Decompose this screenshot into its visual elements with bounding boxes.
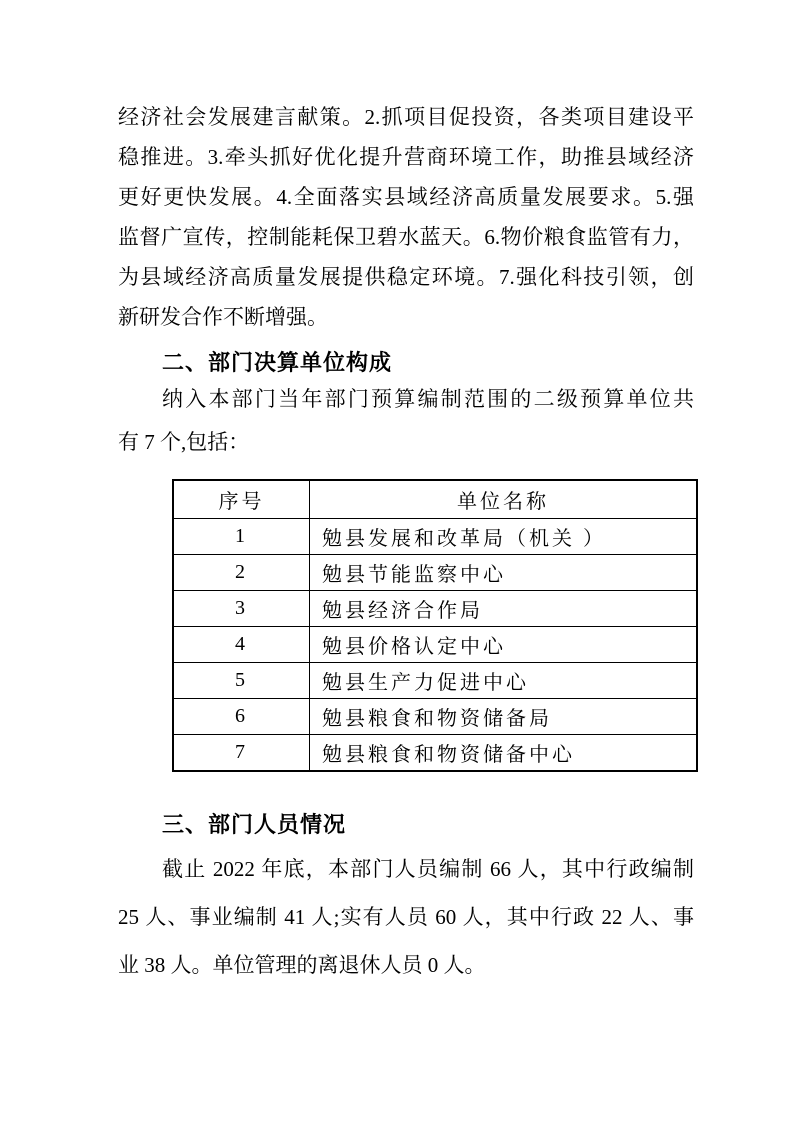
text-line: 稳推进。3.牵头抓好优化提升营商环境工作，助推县域经济 [118, 137, 694, 177]
table-row: 3勉县经济合作局 [173, 591, 697, 627]
unit-name-cell: 勉县生产力促进中心 [310, 663, 698, 699]
table-row: 1勉县发展和改革局（机关 ） [173, 519, 697, 555]
text-line: 纳入本部门当年部门预算编制范围的二级预算单位共 [118, 378, 694, 421]
unit-name-cell: 勉县粮食和物资储备局 [310, 699, 698, 735]
text-line: 有 7 个,包括： [118, 421, 694, 464]
row-number-cell: 4 [173, 627, 310, 663]
row-number-cell: 6 [173, 699, 310, 735]
row-number-cell: 2 [173, 555, 310, 591]
text-line: 经济社会发展建言献策。2.抓项目促投资，各类项目建设平 [118, 97, 694, 137]
text-line: 更好更快发展。4.全面落实县域经济高质量发展要求。5.强 [118, 177, 694, 217]
text-line: 截止 2022 年底，本部门人员编制 66 人，其中行政编制 [118, 845, 694, 893]
row-number-cell: 7 [173, 735, 310, 772]
document-page: 经济社会发展建言献策。2.抓项目促投资，各类项目建设平稳推进。3.牵头抓好优化提… [0, 0, 793, 1122]
table-row: 6勉县粮食和物资储备局 [173, 699, 697, 735]
row-number-cell: 5 [173, 663, 310, 699]
page-content: 经济社会发展建言献策。2.抓项目促投资，各类项目建设平稳推进。3.牵头抓好优化提… [0, 0, 793, 989]
paragraph-overflow-text: 经济社会发展建言献策。2.抓项目促投资，各类项目建设平稳推进。3.牵头抓好优化提… [118, 97, 694, 337]
text-line: 业 38 人。单位管理的离退休人员 0 人。 [118, 941, 694, 989]
unit-name-cell: 勉县价格认定中心 [310, 627, 698, 663]
unit-name-cell: 勉县发展和改革局（机关 ） [310, 519, 698, 555]
paragraph-personnel: 截止 2022 年底，本部门人员编制 66 人，其中行政编制25 人、事业编制 … [118, 845, 694, 989]
paragraph-units-intro: 纳入本部门当年部门预算编制范围的二级预算单位共有 7 个,包括： [118, 378, 694, 464]
budget-units-table: 序号单位名称1勉县发展和改革局（机关 ）2勉县节能监察中心3勉县经济合作局4勉县… [172, 479, 698, 772]
text-line: 监督广宣传，控制能耗保卫碧水蓝天。6.物价粮食监管有力， [118, 217, 694, 257]
row-number-cell: 3 [173, 591, 310, 627]
unit-name-cell: 勉县经济合作局 [310, 591, 698, 627]
section-heading-units: 二、部门决算单位构成 [118, 348, 694, 378]
table-header-cell: 序号 [173, 480, 310, 519]
unit-name-cell: 勉县节能监察中心 [310, 555, 698, 591]
unit-name-cell: 勉县粮食和物资储备中心 [310, 735, 698, 772]
section-heading-personnel: 三、部门人员情况 [118, 810, 694, 840]
table-row: 7勉县粮食和物资储备中心 [173, 735, 697, 772]
text-line: 新研发合作不断增强。 [118, 297, 694, 337]
table-row: 2勉县节能监察中心 [173, 555, 697, 591]
text-line: 25 人、事业编制 41 人;实有人员 60 人，其中行政 22 人、事 [118, 893, 694, 941]
table-row: 4勉县价格认定中心 [173, 627, 697, 663]
text-line: 为县域经济高质量发展提供稳定环境。7.强化科技引领，创 [118, 257, 694, 297]
table-header-row: 序号单位名称 [173, 480, 697, 519]
table-row: 5勉县生产力促进中心 [173, 663, 697, 699]
table-header-cell: 单位名称 [310, 480, 698, 519]
row-number-cell: 1 [173, 519, 310, 555]
